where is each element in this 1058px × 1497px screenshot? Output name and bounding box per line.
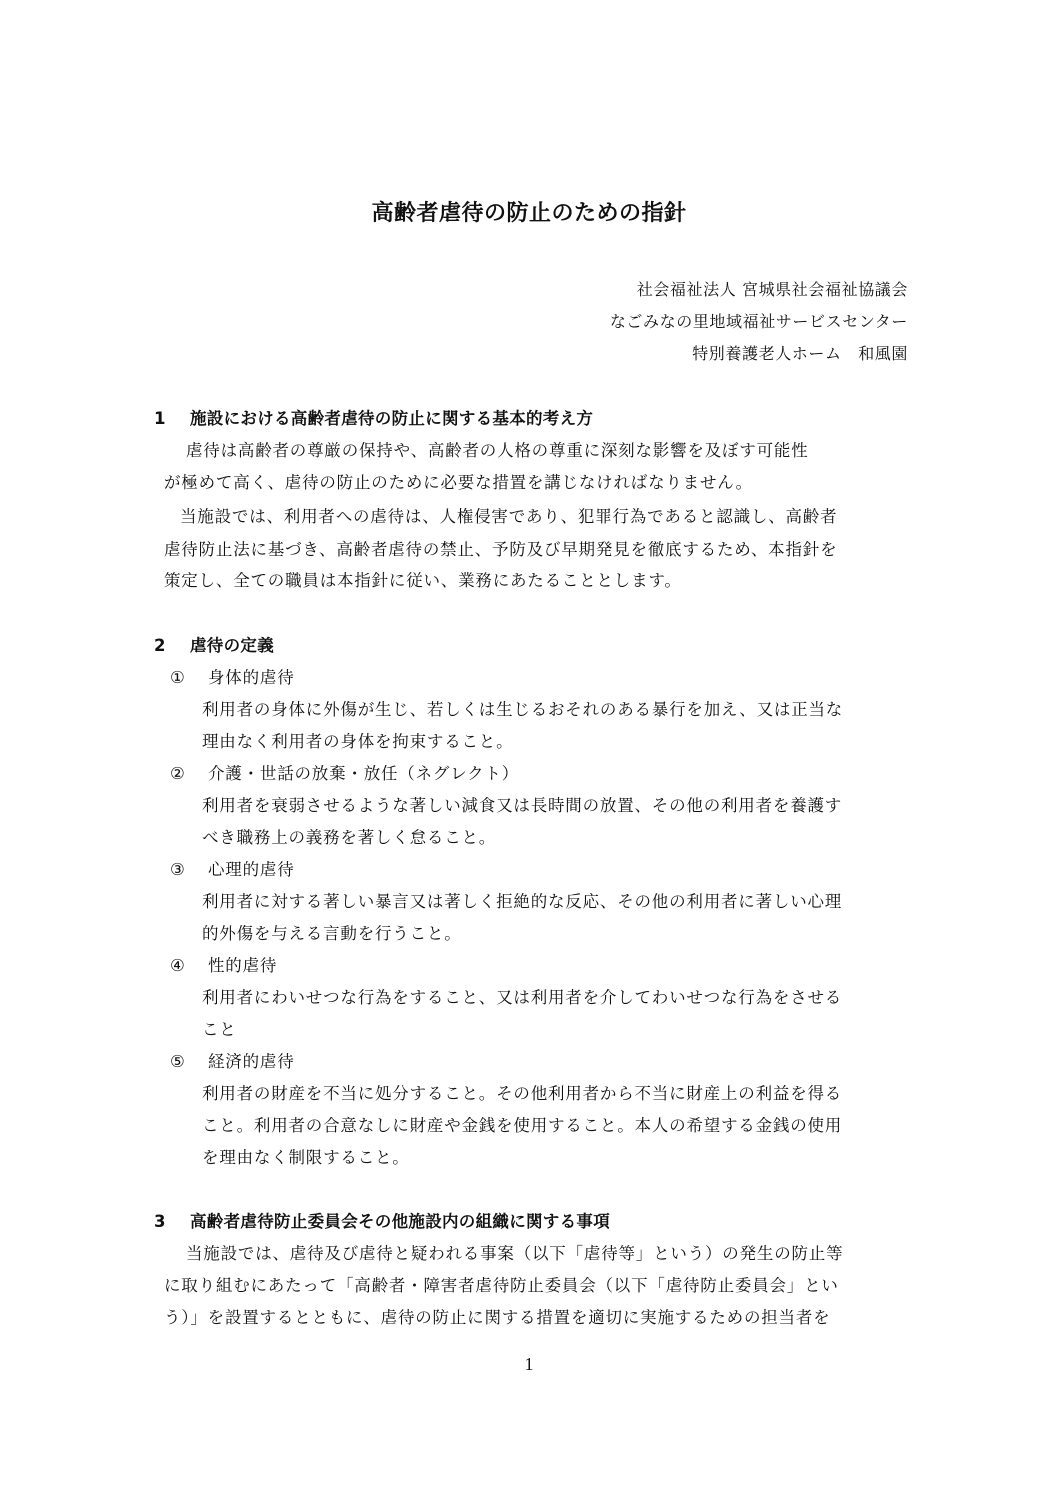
circled-number: ② <box>170 764 208 783</box>
paragraph-line: 虐待は高齢者の尊厳の保持や、高齢者の人格の尊重に深刻な影響を及ぼす可能性 <box>186 437 808 461</box>
definition-line: 利用者の財産を不当に処分すること。その他利用者から不当に財産上の利益を得る <box>202 1080 842 1104</box>
section-number: 3 <box>154 1212 190 1231</box>
definition-line: 利用者を衰弱させるような著しい減食又は長時間の放置、その他の利用者を養護す <box>202 792 842 816</box>
definition-item-5-title: ⑤経済的虐待 <box>170 1048 295 1072</box>
section-title: 虐待の定義 <box>190 636 274 655</box>
section-heading-1: 1施設における高齢者虐待の防止に関する基本的考え方 <box>154 405 593 429</box>
definition-line: 利用者に対する著しい暴言又は著しく拒絶的な反応、その他の利用者に著しい心理 <box>202 888 842 912</box>
section-heading-3: 3高齢者虐待防止委員会その他施設内の組織に関する事項 <box>154 1208 610 1232</box>
definition-line: 的外傷を与える言動を行うこと。 <box>202 920 462 944</box>
definition-title: 身体的虐待 <box>208 668 295 687</box>
paragraph-line: 当施設では、虐待及び虐待と疑われる事案（以下「虐待等」という）の発生の防止等 <box>186 1240 843 1264</box>
definition-line: 理由なく利用者の身体を拘束すること。 <box>202 728 513 752</box>
definition-item-1-title: ①身体的虐待 <box>170 664 295 688</box>
definition-item-3-title: ③心理的虐待 <box>170 856 295 880</box>
organization-line: なごみなの里地域福祉サービスセンター <box>610 306 908 338</box>
section-title: 高齢者虐待防止委員会その他施設内の組織に関する事項 <box>190 1212 610 1231</box>
definition-title: 経済的虐待 <box>208 1052 295 1071</box>
paragraph-line: に取り組むにあたって「高齢者・障害者虐待防止委員会（以下「虐待防止委員会」とい <box>164 1272 839 1296</box>
paragraph-line: が極めて高く、虐待の防止のために必要な措置を講じなければなりません。 <box>164 469 753 493</box>
section-number: 2 <box>154 636 190 655</box>
section-number: 1 <box>154 409 190 428</box>
circled-number: ① <box>170 668 208 687</box>
definition-line: 利用者にわいせつな行為をすること、又は利用者を介してわいせつな行為をさせる <box>202 984 842 1008</box>
organization-line: 特別養護老人ホーム 和風園 <box>610 338 908 370</box>
circled-number: ④ <box>170 956 208 975</box>
document-page: 高齢者虐待の防止のための指針 社会福祉法人 宮城県社会福祉協議会 なごみなの里地… <box>0 0 1058 1497</box>
circled-number: ③ <box>170 860 208 879</box>
paragraph-line: 策定し、全ての職員は本指針に従い、業務にあたることとします。 <box>164 567 682 591</box>
section-heading-2: 2虐待の定義 <box>154 632 274 656</box>
circled-number: ⑤ <box>170 1052 208 1071</box>
definition-line: を理由なく制限すること。 <box>202 1144 410 1168</box>
paragraph-line: う）」を設置するとともに、虐待の防止に関する措置を適切に実施するための担当者を <box>164 1304 830 1328</box>
paragraph-line: 虐待防止法に基づき、高齢者虐待の禁止、予防及び早期発見を徹底するため、本指針を <box>164 536 837 560</box>
document-title: 高齢者虐待の防止のための指針 <box>0 196 1058 227</box>
definition-title: 介護・世話の放棄・放任（ネグレクト） <box>208 764 519 783</box>
definition-title: 性的虐待 <box>208 956 277 975</box>
definition-line: こと <box>202 1016 237 1040</box>
paragraph-line: 当施設では、利用者への虐待は、人権侵害であり、犯罪行為であると認識し、高齢者 <box>180 503 837 527</box>
organization-block: 社会福祉法人 宮城県社会福祉協議会 なごみなの里地域福祉サービスセンター 特別養… <box>610 274 908 370</box>
definition-title: 心理的虐待 <box>208 860 295 879</box>
definition-line: 利用者の身体に外傷が生じ、若しくは生じるおそれのある暴行を加え、又は正当な <box>202 696 843 720</box>
definition-item-2-title: ②介護・世話の放棄・放任（ネグレクト） <box>170 760 519 784</box>
section-title: 施設における高齢者虐待の防止に関する基本的考え方 <box>190 409 593 428</box>
organization-line: 社会福祉法人 宮城県社会福祉協議会 <box>610 274 908 306</box>
definition-item-4-title: ④性的虐待 <box>170 952 277 976</box>
definition-line: こと。利用者の合意なしに財産や金銭を使用すること。本人の希望する金銭の使用 <box>202 1112 842 1136</box>
definition-line: べき職務上の義務を著しく怠ること。 <box>202 824 496 848</box>
page-number: 1 <box>0 1354 1058 1375</box>
